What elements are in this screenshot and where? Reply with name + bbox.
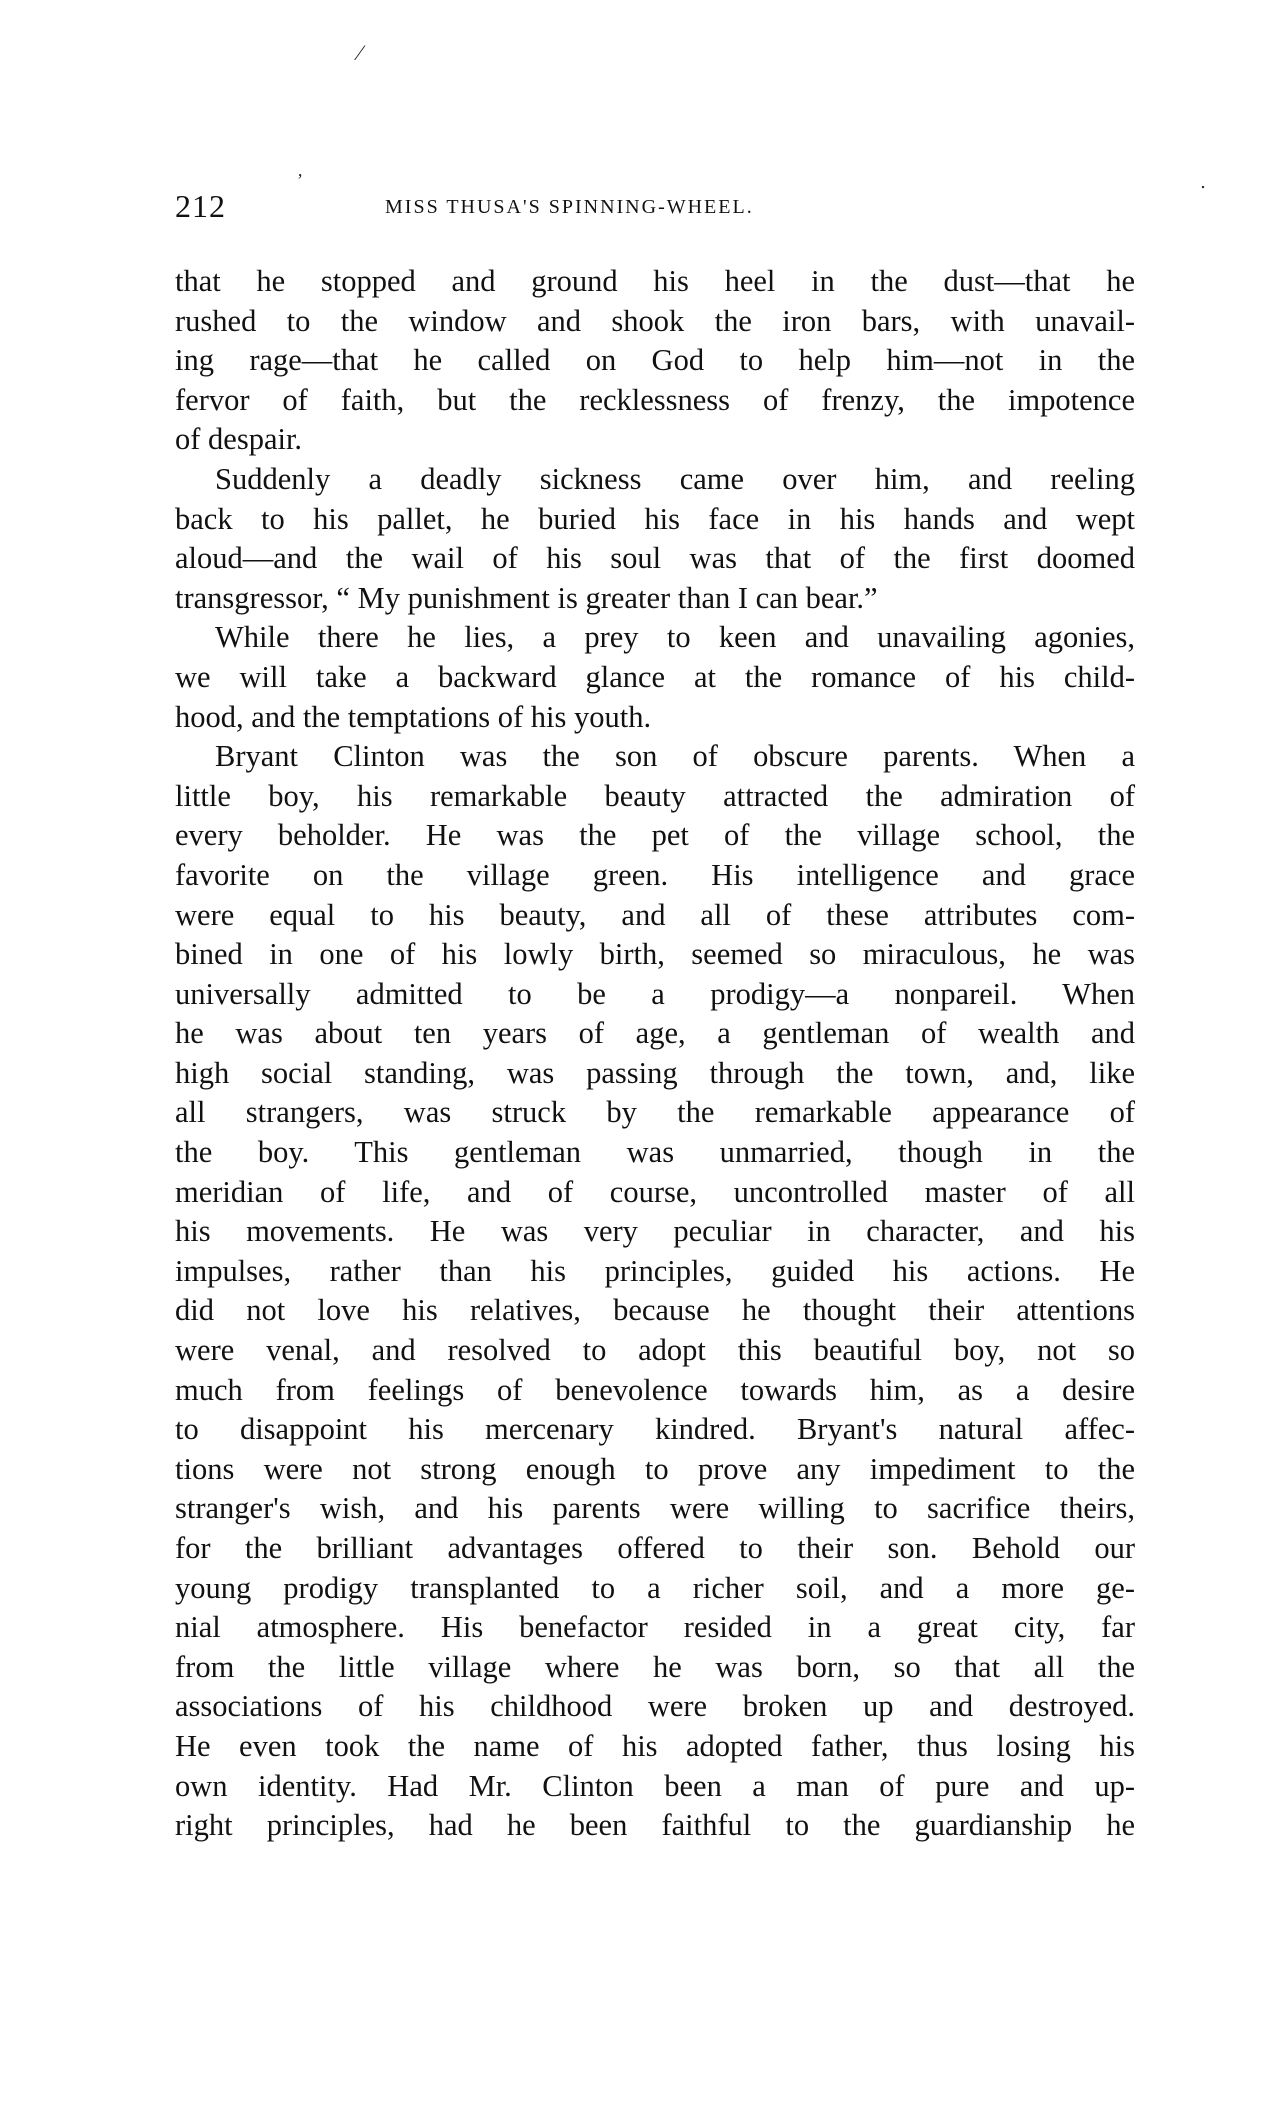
text-line: He even took the name of his adopted fat… (175, 1727, 1135, 1767)
text-line: bined in one of his lowly birth, seemed … (175, 935, 1135, 975)
text-line: ing rage—that he called on God to help h… (175, 341, 1135, 381)
text-line: aloud—and the wail of his soul was that … (175, 539, 1135, 579)
text-line: Bryant Clinton was the son of obscure pa… (175, 737, 1135, 777)
text-line: for the brilliant advantages offered to … (175, 1529, 1135, 1569)
stray-mark-right: ․ (1200, 172, 1206, 193)
paragraph: Suddenly a deadly sickness came over him… (175, 460, 1135, 618)
text-line: his movements. He was very peculiar in c… (175, 1212, 1135, 1252)
text-line: fervor of faith, but the recklessness of… (175, 381, 1135, 421)
paragraph: While there he lies, a prey to keen and … (175, 618, 1135, 737)
text-line: that he stopped and ground his heel in t… (175, 262, 1135, 302)
text-line: he was about ten years of age, a gentlem… (175, 1014, 1135, 1054)
page-header: 212 MISS THUSA'S SPINNING-WHEEL. (175, 188, 1155, 228)
text-line: of despair. (175, 420, 1135, 460)
text-line: high social standing, was passing throug… (175, 1054, 1135, 1094)
text-line: meridian of life, and of course, uncontr… (175, 1173, 1135, 1213)
text-line: right principles, had he been faithful t… (175, 1806, 1135, 1846)
text-line: were venal, and resolved to adopt this b… (175, 1331, 1135, 1371)
text-line: nial atmosphere. His benefactor resided … (175, 1608, 1135, 1648)
text-line: tions were not strong enough to prove an… (175, 1450, 1135, 1490)
text-line: the boy. This gentleman was unmarried, t… (175, 1133, 1135, 1173)
text-line: every beholder. He was the pet of the vi… (175, 816, 1135, 856)
text-line: to disappoint his mercenary kindred. Bry… (175, 1410, 1135, 1450)
text-line: own identity. Had Mr. Clinton been a man… (175, 1767, 1135, 1807)
text-line: from the little village where he was bor… (175, 1648, 1135, 1688)
text-line: hood, and the temptations of his youth. (175, 698, 1135, 738)
text-line: were equal to his beauty, and all of the… (175, 896, 1135, 936)
text-line: much from feelings of benevolence toward… (175, 1371, 1135, 1411)
paragraph: that he stopped and ground his heel in t… (175, 262, 1135, 460)
text-line: universally admitted to be a prodigy—a n… (175, 975, 1135, 1015)
text-line: did not love his relatives, because he t… (175, 1291, 1135, 1331)
text-line: back to his pallet, he buried his face i… (175, 500, 1135, 540)
page-body: that he stopped and ground his heel in t… (175, 262, 1135, 1846)
text-line: we will take a backward glance at the ro… (175, 658, 1135, 698)
text-line: associations of his childhood were broke… (175, 1687, 1135, 1727)
text-line: Suddenly a deadly sickness came over him… (175, 460, 1135, 500)
text-line: all strangers, was struck by the remarka… (175, 1093, 1135, 1133)
text-line: rushed to the window and shook the iron … (175, 302, 1135, 342)
text-line: favorite on the village green. His intel… (175, 856, 1135, 896)
page-number: 212 (175, 188, 226, 225)
text-line: little boy, his remarkable beauty attrac… (175, 777, 1135, 817)
text-line: young prodigy transplanted to a richer s… (175, 1569, 1135, 1609)
stray-mark-top: ⁄ (358, 40, 362, 66)
text-line: transgressor, “ My punishment is greater… (175, 579, 1135, 619)
text-line: impulses, rather than his principles, gu… (175, 1252, 1135, 1292)
paragraph: Bryant Clinton was the son of obscure pa… (175, 737, 1135, 1846)
running-title: MISS THUSA'S SPINNING-WHEEL. (385, 196, 754, 219)
text-line: stranger's wish, and his parents were wi… (175, 1489, 1135, 1529)
text-line: While there he lies, a prey to keen and … (175, 618, 1135, 658)
